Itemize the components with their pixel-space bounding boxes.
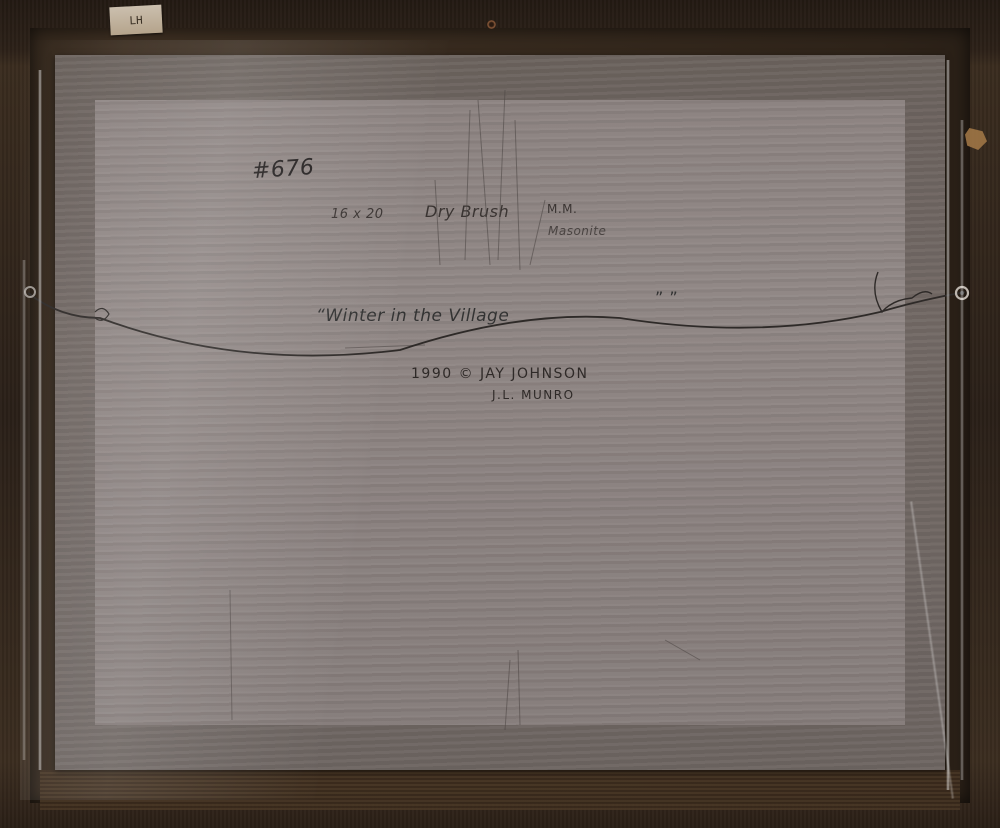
plastic-fold-right-outer [960, 120, 964, 780]
plastic-fold-left [38, 70, 42, 770]
title-open-quote: “ [316, 306, 325, 326]
medium-suffix-note: M.M. [547, 202, 577, 216]
support-note: Masonite [548, 224, 606, 238]
dimensions-note: 16 x 20 [331, 207, 384, 222]
nail-hole [487, 20, 496, 29]
plastic-fold-right [946, 60, 950, 790]
medium-note: Dry Brush [425, 202, 509, 221]
inventory-number: #676 [251, 155, 315, 184]
copyright-artist-line: 1990 © JAY JOHNSON [411, 366, 588, 382]
plastic-fold-left-outer [22, 260, 26, 760]
inventory-label-sticker: LH [109, 5, 162, 36]
title-text: Winter in the Village [325, 306, 509, 326]
title-close-quote: ” ” [655, 288, 678, 307]
masonite-backing-inner [95, 100, 905, 725]
frame-bottom-rail [40, 770, 960, 810]
label-sticker-text: LH [129, 13, 143, 27]
framer-name: J.L. MUNRO [492, 388, 575, 402]
painting-title: “Winter in the Village [316, 306, 509, 326]
